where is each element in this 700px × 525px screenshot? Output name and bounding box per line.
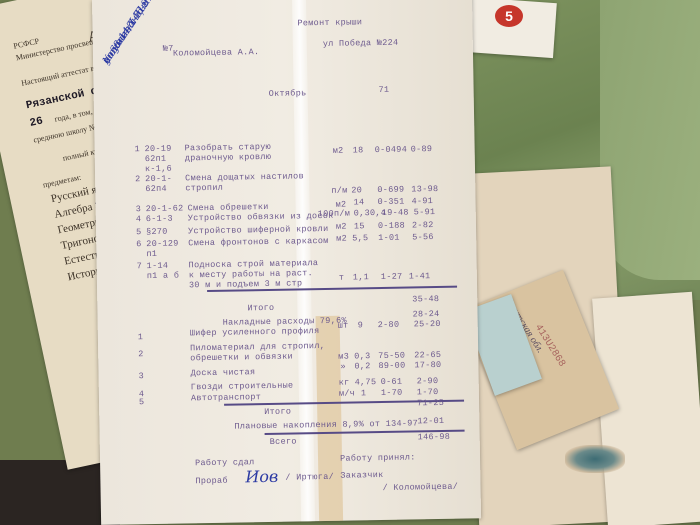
cert-number: 26 [29, 115, 44, 129]
customer-name: / Коломойцева/ [382, 482, 458, 493]
materials-total-value: 71-25 [417, 398, 444, 408]
photo-scene: 5 Иркутская обл. Тайшет 413U2868 РСФСР М… [0, 0, 700, 525]
subtotal-value: 35-48 [412, 294, 439, 304]
doc-month: Октябрь [269, 88, 307, 99]
accepted-label: Работу принял: [340, 452, 416, 463]
red-logo-icon: 5 [495, 5, 523, 27]
overhead-value: 28-24 [412, 309, 439, 319]
doc-customer: Коломойцева А.А. [173, 47, 260, 59]
foreman-signature: Иов [245, 467, 278, 487]
planned-label: Плановые накопления 8,9% от 134-97 [234, 418, 418, 431]
green-blanket-fold [600, 0, 700, 280]
grand-total-value: 146-98 [418, 432, 451, 443]
doc-year: 71 [379, 85, 390, 95]
ink-stain [565, 445, 625, 473]
customer-label: Заказчик [340, 470, 383, 481]
materials-total-label: Итого [264, 407, 291, 417]
doc-title: Ремонт крыши [297, 17, 362, 28]
grand-total-label: Всего [270, 436, 297, 446]
repair-estimate-document: Ремонт крыши ул Победа №224 №7 Коломойце… [92, 0, 481, 525]
planned-value: 12-01 [417, 416, 444, 426]
doc-address: ул Победа №224 [323, 38, 399, 49]
subtotal-label: Итого [247, 303, 274, 313]
foreman-label: Прораб [195, 476, 228, 487]
foreman-name: / Иртюга/ [285, 472, 334, 483]
